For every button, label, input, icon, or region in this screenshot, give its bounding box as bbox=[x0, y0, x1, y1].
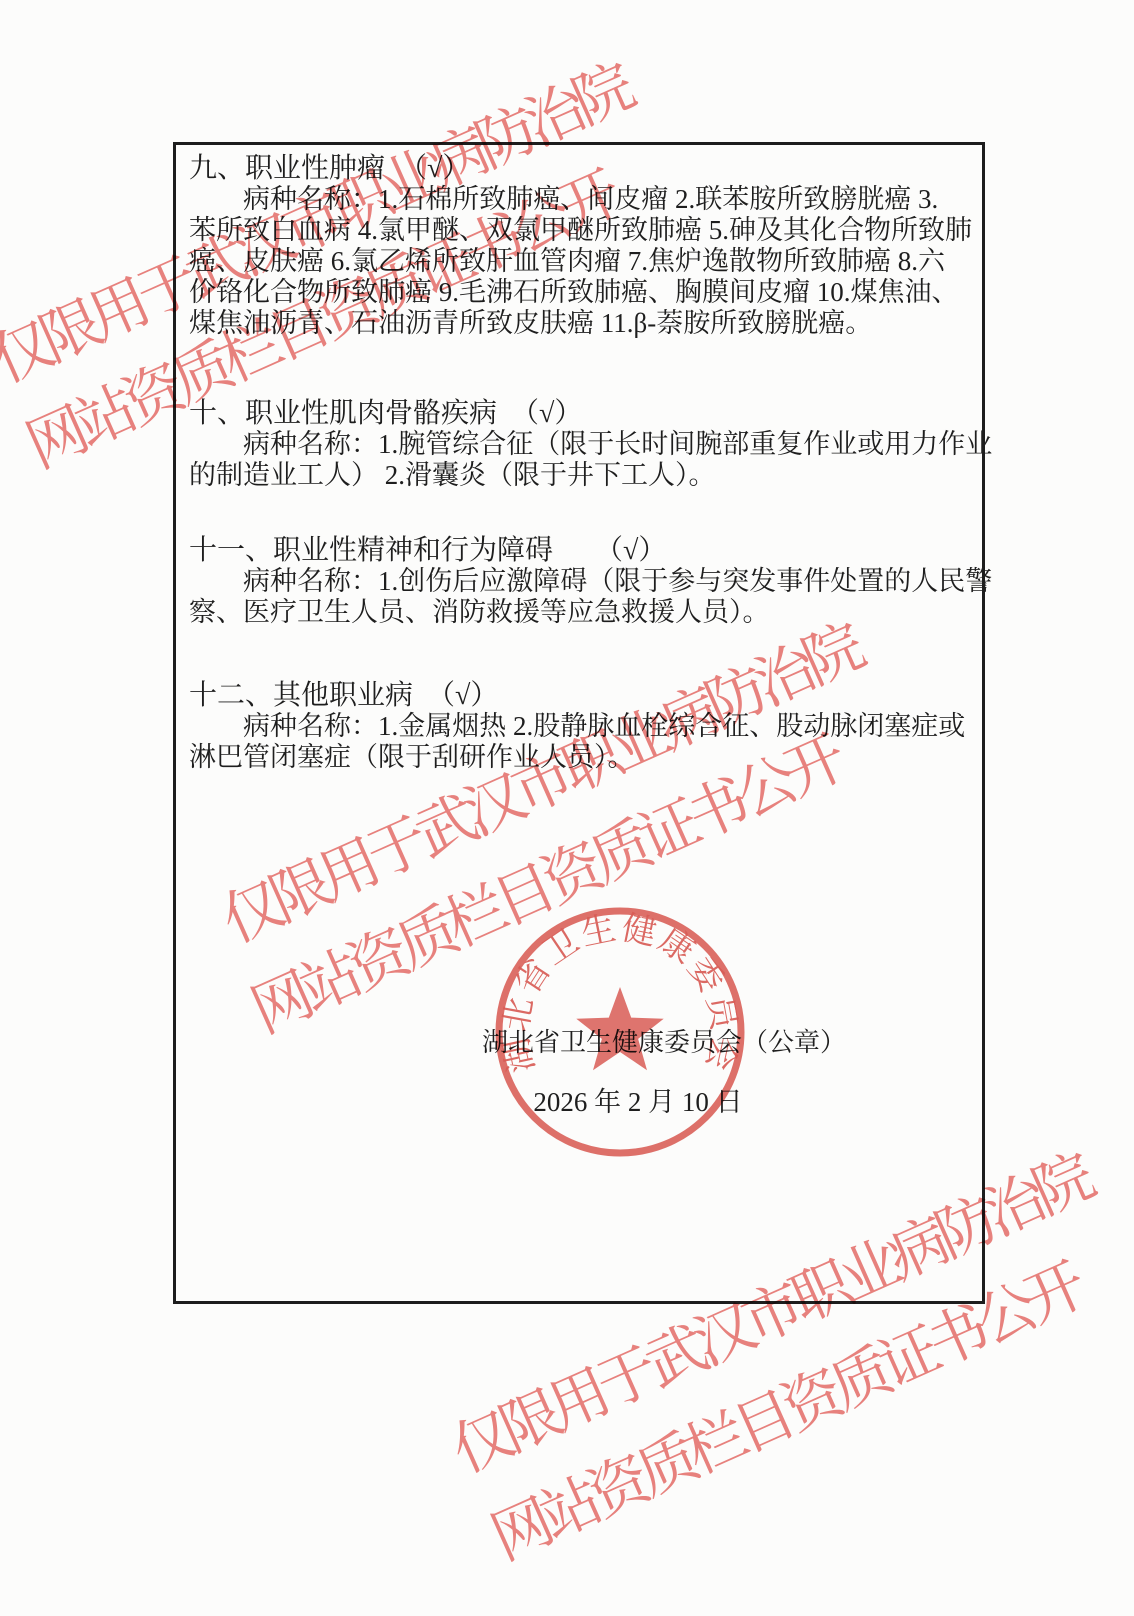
section-text-line: 病种名称：1.金属烟热 2.股静脉血栓综合征、股动脉闭塞症或 bbox=[189, 711, 974, 742]
section-text-line: 病种名称：1.石棉所致肺癌、间皮瘤 2.联苯胺所致膀胱癌 3. bbox=[189, 184, 974, 215]
section-heading: 十二、其他职业病 （√） bbox=[189, 680, 974, 711]
section-other-occupational-diseases: 十二、其他职业病 （√） 病种名称：1.金属烟热 2.股静脉血栓综合征、股动脉闭… bbox=[189, 680, 974, 773]
section-text-line: 价铬化合物所致肺癌 9.毛沸石所致肺癌、胸膜间皮瘤 10.煤焦油、 bbox=[189, 277, 974, 308]
section-text-line: 察、医疗卫生人员、消防救援等应急救援人员）。 bbox=[189, 597, 974, 628]
section-text-line: 的制造业工人） 2.滑囊炎（限于井下工人）。 bbox=[189, 460, 974, 491]
section-heading: 十一、职业性精神和行为障碍 （√） bbox=[189, 535, 974, 566]
section-occupational-tumors: 九、职业性肿瘤 （√） 病种名称：1.石棉所致肺癌、间皮瘤 2.联苯胺所致膀胱癌… bbox=[189, 153, 974, 339]
scanned-document-page: 九、职业性肿瘤 （√） 病种名称：1.石棉所致肺癌、间皮瘤 2.联苯胺所致膀胱癌… bbox=[0, 0, 1134, 1616]
section-heading: 九、职业性肿瘤 （√） bbox=[189, 153, 974, 184]
section-text-line: 煤焦油沥青、石油沥青所致皮肤癌 11.β-萘胺所致膀胱癌。 bbox=[189, 308, 974, 339]
section-mental-behavioral-disorders: 十一、职业性精神和行为障碍 （√） 病种名称：1.创伤后应激障碍（限于参与突发事… bbox=[189, 535, 974, 628]
section-text-line: 病种名称：1.腕管综合征（限于长时间腕部重复作业或用力作业 bbox=[189, 429, 974, 460]
issuing-authority-signature: 湖北省卫生健康委员会（公章） bbox=[258, 1028, 1070, 1058]
section-text-line: 淋巴管闭塞症（限于刮研作业人员）。 bbox=[189, 742, 974, 773]
section-text-line: 癌、皮肤癌 6.氯乙烯所致肝血管肉瘤 7.焦炉逸散物所致肺癌 8.六 bbox=[189, 246, 974, 277]
section-text-line: 病种名称：1.创伤后应激障碍（限于参与突发事件处置的人民警 bbox=[189, 566, 974, 597]
document-border-frame: 九、职业性肿瘤 （√） 病种名称：1.石棉所致肺癌、间皮瘤 2.联苯胺所致膀胱癌… bbox=[173, 142, 985, 1304]
section-text-line: 苯所致白血病 4.氯甲醚、双氯甲醚所致肺癌 5.砷及其化合物所致肺 bbox=[189, 215, 974, 246]
section-musculoskeletal-diseases: 十、职业性肌肉骨骼疾病 （√） 病种名称：1.腕管综合征（限于长时间腕部重复作业… bbox=[189, 398, 974, 491]
section-heading: 十、职业性肌肉骨骼疾病 （√） bbox=[189, 398, 974, 429]
issue-date: 2026 年 2 月 10 日 bbox=[232, 1087, 1044, 1117]
